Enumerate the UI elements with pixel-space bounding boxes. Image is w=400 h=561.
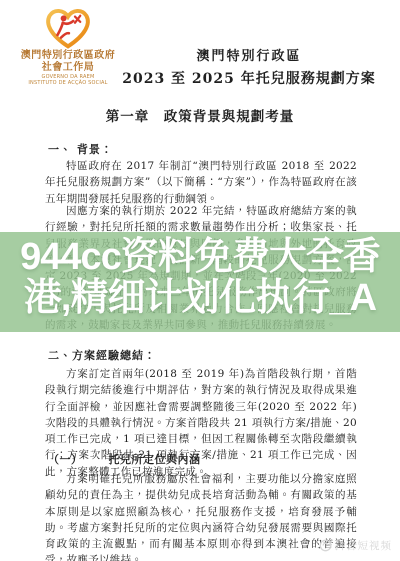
ias-logo: 澳門特別行政區政府 社會工作局 GOVERNO DA RAEM INSTITUT… <box>10 6 126 86</box>
spam-overlay-text-line1: 944cc资料免费大全香 <box>20 236 380 278</box>
section-3-paragraph-1: 方案明確托兒所服務屬於社會福利，主要功能以分擔家庭照顧幼兒的責任為主，提供幼兒成… <box>45 471 357 561</box>
section-1-paragraph-1: 特區政府在 2017 年制訂“澳門特別行政區 2018 至 2022 年托兒服務… <box>45 158 357 207</box>
title-region-line: 澳門特別行政區 <box>120 48 378 66</box>
logo-org-name-pt-2: INSTITUTO DE ACÇÃO SOCIAL <box>10 80 126 86</box>
chapter-heading: 第一章 政策背景與規劃考量 <box>0 105 400 125</box>
logo-org-name-zh-2: 社會工作局 <box>10 62 126 74</box>
title-plan-line: 2023 至 2025 年托兒服務規劃方案 <box>120 69 378 89</box>
watermark-label: 抖音短视频 <box>335 538 393 553</box>
footer-watermark: 抖音短视频 <box>319 538 393 553</box>
section-3-title: 托兒所定位與內涵 <box>109 453 201 466</box>
spam-overlay-text-line2: 港,精细计划化执行_A <box>24 277 376 319</box>
section-3-heading: （一）托兒所定位與內涵 <box>48 451 201 467</box>
section-3-number: （一） <box>48 453 83 466</box>
document-page: 澳門特別行政區政府 社會工作局 GOVERNO DA RAEM INSTITUT… <box>0 0 400 561</box>
section-2-heading: 二、方案經驗總結： <box>48 347 156 363</box>
watermark-camera-icon <box>319 539 332 552</box>
section-1-heading: 一、 背景： <box>48 141 113 157</box>
heart-logo-icon <box>40 6 96 50</box>
spam-overlay-text: 944cc资料免费大全香 港,精细计划化执行_A <box>0 237 400 333</box>
document-title: 澳門特別行政區 2023 至 2025 年托兒服務規劃方案 <box>120 48 378 89</box>
logo-org-name-zh-1: 澳門特別行政區政府 <box>10 50 126 62</box>
